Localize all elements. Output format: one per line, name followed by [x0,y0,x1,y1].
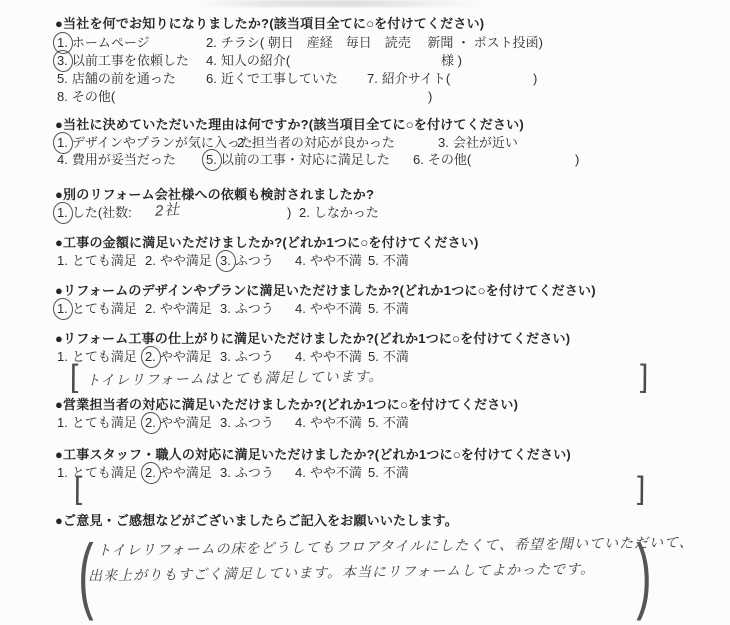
q1-site-tail: ) [533,71,537,87]
q5-option-neutral: 3.ふつう [220,301,274,317]
option-number: 8. [57,89,68,105]
handwritten-bracket-close-icon: ] [637,472,646,506]
q4-heading: ●工事の金額に満足いただけましたか?(どれか1つに○を付けてください) [55,235,479,251]
option-number: 4. [295,253,306,269]
q1-heading: ●当社を何でお知りになりましたか?(該当項目全てに○を付けてください) [55,16,484,32]
option-number: 6. [413,152,424,168]
q1-option-homepage: 1.ホームページ [57,35,150,51]
option-number: 1. [57,35,68,51]
option-label: しなかった [314,205,379,220]
q2-heading: ●当社に決めていただいた理由は何ですか?(該当項目全てに○を付けてください) [55,117,524,133]
q5-option-very-satisfied: 1.とても満足 [57,301,137,317]
option-number: 2. [145,301,156,317]
q1-other-tail: ) [428,89,432,105]
option-label: 費用が妥当だった [72,152,176,167]
q7-heading: ●営業担当者の対応に満足いただけましたか?(どれか1つに○を付けてください) [55,397,518,413]
q2-option-other: 6.その他( [413,152,471,168]
q1-option-other: 8.その他( [57,89,115,105]
option-number: 2. [237,135,248,151]
option-label: やや不満 [310,415,362,430]
q4-option-somewhat-dissatisfied: 4.やや不満 [295,253,362,269]
option-label: チラシ( 朝日 産経 毎日 読売 新聞 ・ ポスト投函) [221,35,543,50]
option-number: 7. [367,71,378,87]
option-number: 1. [57,301,68,317]
option-label: ふつう [235,415,274,430]
q9-heading: ●ご意見・ご感想などがございましたらご記入をお願いいたします。 [55,513,458,529]
q3-option-not-considered: 2.しなかった [299,205,379,221]
option-number: 1. [57,349,68,365]
q5-option-dissatisfied: 5.不満 [368,301,409,317]
q3-option-considered: 1.した(社数: [57,205,132,221]
q1-option-referral-site: 7.紹介サイト( [367,71,450,87]
q1-referral-tail: 様 ) [441,53,462,69]
option-label: とても満足 [72,253,137,268]
option-number: 4. [295,301,306,317]
option-label: ホームページ [72,35,150,50]
q2-option-company-near: 3.会社が近い [438,135,518,151]
option-number: 3. [220,415,231,431]
handwritten-bracket-close-icon: ] [640,360,649,394]
option-number: 3. [57,53,68,69]
q7-option-dissatisfied: 5.不満 [368,415,409,431]
option-label: 担当者の対応が良かった [252,135,395,150]
option-number: 4. [295,415,306,431]
option-number: 4. [206,53,217,69]
option-label: 以前工事を依頼した [72,53,189,68]
option-number: 5. [368,253,379,269]
option-number: 1. [57,465,68,481]
q2-other-tail: ) [575,152,579,168]
option-label: やや満足 [160,301,212,316]
q2-option-past-satisfaction: 5.以前の工事・対応に満足した [206,152,390,168]
q6-handwritten-note: トイレリフォームはとても満足しています。 [86,368,384,389]
q3-heading: ●別のリフォーム会社様への依頼も検討されましたか? [55,187,374,203]
option-label: やや不満 [310,253,362,268]
option-label: 不満 [383,415,409,430]
q3-handwritten-company-count: 2社 [154,201,180,220]
option-number: 3. [220,301,231,317]
q9-comment-line-1: トイレリフォームの床をどうしてもフロアタイルにしたくて、希望を聞いていただいて、 [97,534,694,559]
option-label: 不満 [383,253,409,268]
option-number: 2. [299,205,310,221]
option-label: デザインやプランが気に入った [72,135,253,150]
q5-heading: ●リフォームのデザインやプランに満足いただけましたか?(どれか1つに○を付けてく… [55,283,596,299]
q6-option-neutral: 3.ふつう [220,349,274,365]
q1-option-flyer: 2.チラシ( 朝日 産経 毎日 読売 新聞 ・ ポスト投函) [206,35,543,51]
option-number: 3. [220,253,231,269]
q8-option-very-satisfied: 1.とても満足 [57,465,137,481]
q8-heading: ●工事スタッフ・職人の対応に満足いただけましたか?(どれか1つに○を付けてくださ… [55,447,571,463]
option-label: 不満 [383,465,409,480]
q8-option-somewhat-dissatisfied: 4.やや不満 [295,465,362,481]
q4-option-very-satisfied: 1.とても満足 [57,253,137,269]
q6-option-very-satisfied: 1.とても満足 [57,349,137,365]
handwritten-bracket-open-icon: [ [74,472,83,506]
option-number: 3. [438,135,449,151]
option-number: 2. [145,415,156,431]
handwritten-paren-close-icon: ) [636,530,651,618]
option-number: 1. [57,135,68,151]
q5-option-somewhat-satisfied: 2.やや満足 [145,301,212,317]
option-label: ふつう [235,465,274,480]
q2-option-design: 1.デザインやプランが気に入った [57,135,253,151]
q1-option-referral: 4.知人の紹介( [206,53,290,69]
q7-option-neutral: 3.ふつう [220,415,274,431]
option-number: 2. [145,253,156,269]
option-label: ふつう [235,301,274,316]
q4-option-neutral: 3.ふつう [220,253,274,269]
option-label: 知人の紹介( [221,53,290,68]
option-label: やや満足 [160,465,212,480]
option-number: 6. [206,71,217,87]
option-number: 1. [57,205,68,221]
option-number: 2. [145,465,156,481]
option-label: 以前の工事・対応に満足した [221,152,390,167]
option-label: やや不満 [310,301,362,316]
option-label: した(社数: [72,205,132,220]
option-label: 近くで工事していた [221,71,338,86]
q5-option-somewhat-dissatisfied: 4.やや不満 [295,301,362,317]
q6-option-dissatisfied: 5.不満 [368,349,409,365]
q2-option-fair-cost: 4.費用が妥当だった [57,152,176,168]
option-label: とても満足 [72,301,137,316]
option-label: とても満足 [72,349,137,364]
handwritten-bracket-open-icon: [ [70,360,79,394]
option-number: 5. [57,71,68,87]
option-number: 2. [206,35,217,51]
q6-option-somewhat-satisfied: 2.やや満足 [145,349,212,365]
q6-option-somewhat-dissatisfied: 4.やや不満 [295,349,362,365]
option-number: 3. [220,465,231,481]
q6-heading: ●リフォーム工事の仕上がりに満足いただけましたか?(どれか1つに○を付けてくださ… [55,331,570,347]
option-number: 5. [368,349,379,365]
q7-option-very-satisfied: 1.とても満足 [57,415,137,431]
option-label: やや満足 [160,349,212,364]
option-label: やや不満 [310,349,362,364]
q8-option-neutral: 3.ふつう [220,465,274,481]
option-label: やや不満 [310,465,362,480]
option-label: 不満 [383,349,409,364]
q4-option-dissatisfied: 5.不満 [368,253,409,269]
option-label: 紹介サイト( [382,71,450,86]
option-number: 4. [295,465,306,481]
option-label: その他( [72,89,115,104]
q3-close-paren: ) [287,205,291,221]
option-number: 5. [206,152,217,168]
q8-option-dissatisfied: 5.不満 [368,465,409,481]
q4-option-somewhat-satisfied: 2.やや満足 [145,253,212,269]
option-number: 4. [57,152,68,168]
q7-option-somewhat-satisfied: 2.やや満足 [145,415,212,431]
scan-artifact-smudge [195,0,485,7]
survey-scan-page: ●当社を何でお知りになりましたか?(該当項目全てに○を付けてください) 1.ホー… [0,0,730,625]
option-label: やや満足 [160,415,212,430]
q8-option-somewhat-satisfied: 2.やや満足 [145,465,212,481]
option-number: 2. [145,349,156,365]
option-label: ふつう [235,253,274,268]
q1-option-previous-work: 3.以前工事を依頼した [57,53,189,69]
option-label: ふつう [235,349,274,364]
option-label: その他( [428,152,471,167]
q1-option-nearby-work: 6.近くで工事していた [206,71,338,87]
option-number: 5. [368,465,379,481]
option-number: 1. [57,415,68,431]
option-number: 4. [295,349,306,365]
option-label: 会社が近い [453,135,518,150]
option-number: 3. [220,349,231,365]
option-number: 5. [368,415,379,431]
q9-comment-line-2: 出来上がりもすごく満足しています。本当にリフォームしてよかったです。 [88,560,595,584]
option-label: やや満足 [160,253,212,268]
option-label: 店舗の前を通った [72,71,176,86]
option-label: 不満 [383,301,409,316]
q1-option-passed-store: 5.店舗の前を通った [57,71,176,87]
option-number: 1. [57,253,68,269]
option-number: 5. [368,301,379,317]
option-label: とても満足 [72,415,137,430]
q2-option-staff-response: 2.担当者の対応が良かった [237,135,395,151]
q7-option-somewhat-dissatisfied: 4.やや不満 [295,415,362,431]
